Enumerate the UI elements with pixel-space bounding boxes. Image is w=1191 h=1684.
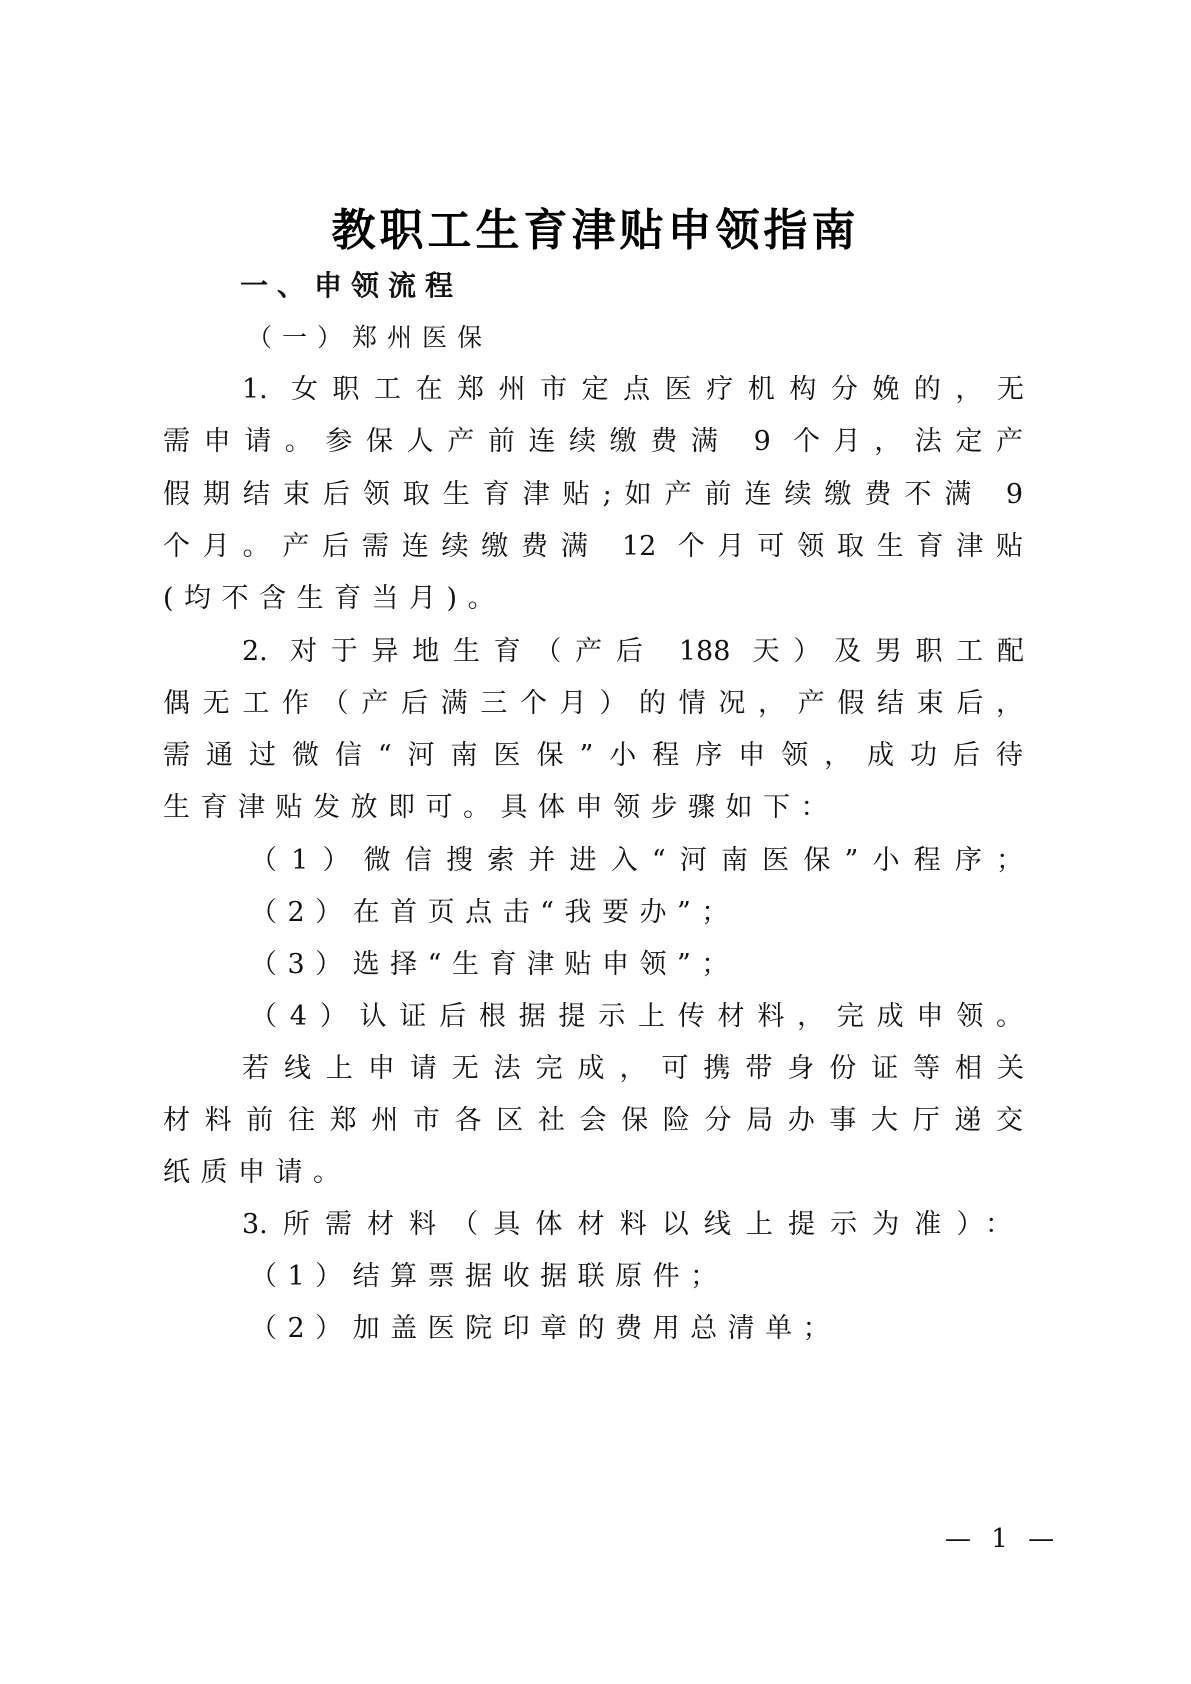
subsection-heading-zhengzhou-medical-insurance: （一）郑州医保 [247,320,1107,356]
paragraph-line: 1. 女职工在郑州市定点医疗机构分娩的，无 [242,372,1024,408]
step-item: （3）选择“生育津贴申领”； [250,947,1110,983]
paragraph-line: 2. 对于异地生育（产后 188 天）及男职工配 [242,634,1024,670]
paragraph-line: 个月。产后需连续缴费满 12 个月可领取生育津贴 [163,529,1023,565]
materials-heading: 3.所需材料（具体材料以线上提示为准）： [242,1207,1012,1243]
material-item: （2）加盖医院印章的费用总清单； [250,1311,1110,1347]
step-item: （4）认证后根据提示上传材料，完成申领。 [250,999,1023,1035]
paragraph-line: 若线上申请无法完成，可携带身份证等相关 [242,1051,1024,1087]
step-item: （1）微信搜索并进入“河南医保”小程序； [250,843,1023,879]
paragraph-line: 材料前往郑州市各区社会保险分局办事大厅递交 [163,1103,1023,1139]
paragraph-line: 需申请。参保人产前连续缴费满 9 个月，法定产 [163,424,1023,460]
paragraph-line: 纸质申请。 [163,1155,1023,1191]
paragraph-line: (均不含生育当月)。 [163,581,1023,617]
page-number: — 1 — [945,1522,1060,1556]
paragraph-line: 假期结束后领取生育津贴;如产前连续缴费不满 9 [163,477,1023,513]
paragraph-line: 需通过微信“河南医保”小程序申领，成功后待 [163,738,1023,774]
paragraph-line: 偶无工作（产后满三个月）的情况，产假结束后， [163,686,1023,722]
material-item: （1）结算票据收据联原件； [250,1259,1110,1295]
section-heading-application-process: 一、申领流程 [240,268,1100,304]
document-title: 教职工生育津贴申领指南 [0,205,1191,257]
document-page: 教职工生育津贴申领指南 一、申领流程 （一）郑州医保 1. 女职工在郑州市定点医… [0,0,1191,1684]
step-item: （2）在首页点击“我要办”； [250,895,1110,931]
paragraph-line: 生育津贴发放即可。具体申领步骤如下： [163,790,1023,826]
